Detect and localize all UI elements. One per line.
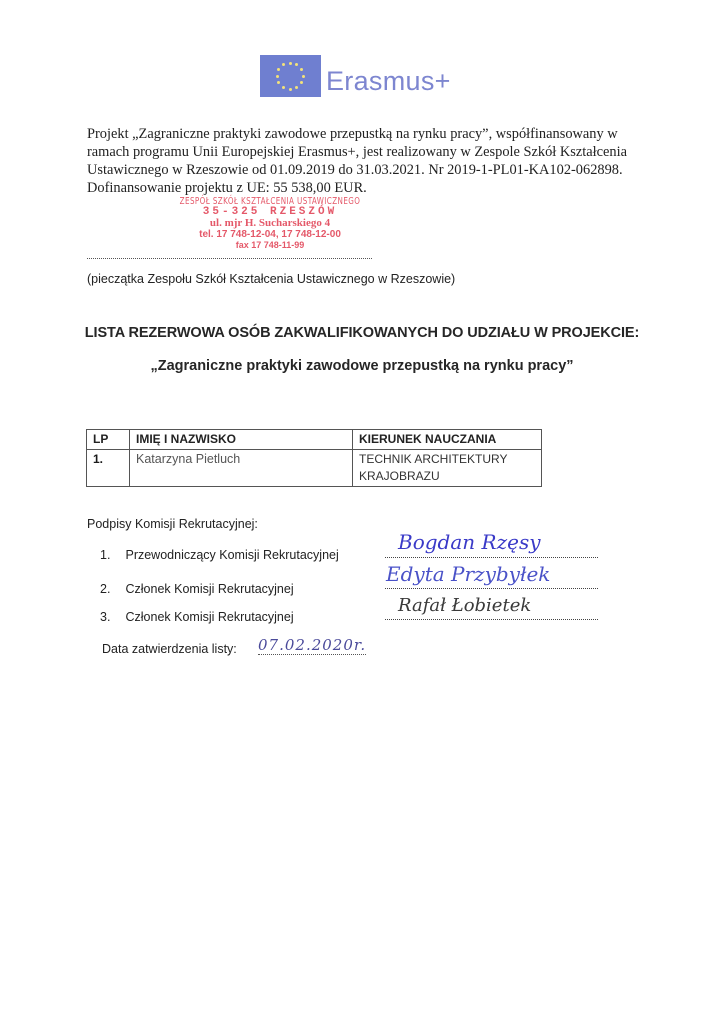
erasmus-logo: Erasmus+ [260,54,451,98]
signature-role-3: 3. Członek Komisji Rekrutacyjnej [100,610,294,624]
table-header-row: LP IMIĘ I NAZWISKO KIERUNEK NAUCZANIA [87,430,542,450]
handwritten-signature-3: Rafał Łobietek [398,595,531,616]
cell-lp: 1. [87,450,130,487]
star-icon [295,86,298,89]
document-title: LISTA REZERWOWA OSÓB ZAKWALIFIKOWANYCH D… [0,325,724,341]
cell-name: Katarzyna Pietluch [130,450,353,487]
cell-course: TECHNIK ARCHITEKTURY KRAJOBRAZU [353,450,542,487]
star-icon [295,63,298,66]
role-number: 2. [100,582,122,596]
project-intro: Projekt „Zagraniczne praktyki zawodowe p… [87,125,647,197]
handwritten-signature-1: Bogdan Rzęsy [398,530,541,554]
stamp-line: tel. 17 748-12-04, 17 748-12-00 [150,229,390,240]
header-course: KIERUNEK NAUCZANIA [353,430,542,450]
star-icon [300,68,303,71]
star-icon [276,75,279,78]
approval-date-label: Data zatwierdzenia listy: [102,642,237,656]
stamp-line: ul. mjr H. Sucharskiego 4 [150,218,390,229]
role-label: Członek Komisji Rekrutacyjnej [125,582,293,596]
project-name: „Zagraniczne praktyki zawodowe przepustk… [0,358,724,374]
header-name: IMIĘ I NAZWISKO [130,430,353,450]
course-line: TECHNIK ARCHITEKTURY [359,451,535,468]
handwritten-signature-2: Edyta Przybyłek [386,562,550,586]
header-lp: LP [87,430,130,450]
stamp-dotted-line [87,258,372,259]
signature-role-2: 2. Członek Komisji Rekrutacyjnej [100,582,294,596]
table-row: 1. Katarzyna Pietluch TECHNIK ARCHITEKTU… [87,450,542,487]
intro-line: Ustawicznego w Rzeszowie od 01.09.2019 d… [87,161,647,179]
erasmus-brand: Erasmus+ [326,68,451,95]
stamp-caption: (pieczątka Zespołu Szkół Kształcenia Ust… [87,272,455,286]
signature-line-1 [385,557,598,558]
intro-line: Projekt „Zagraniczne praktyki zawodowe p… [87,125,647,143]
stamp-line: ZESPÓŁ SZKÓŁ KSZTAŁCENIA USTAWICZNEGO [174,196,366,207]
star-icon [300,81,303,84]
star-icon [289,62,292,65]
stamp-line: fax 17 748-11-99 [150,240,390,251]
school-stamp: ZESPÓŁ SZKÓŁ KSZTAŁCENIA USTAWICZNEGO 35… [150,196,390,251]
intro-line: Dofinansowanie projektu z UE: 55 538,00 … [87,179,647,197]
star-icon [282,86,285,89]
signature-role-1: 1. Przewodniczący Komisji Rekrutacyjnej [100,548,339,562]
signatures-title: Podpisy Komisji Rekrutacyjnej: [87,517,258,531]
eu-flag-icon [260,55,321,97]
signature-line-2 [385,588,598,589]
star-icon [289,88,292,91]
star-icon [302,75,305,78]
intro-line: ramach programu Unii Europejskiej Erasmu… [87,143,647,161]
role-label: Członek Komisji Rekrutacyjnej [125,610,293,624]
star-icon [277,81,280,84]
course-line: KRAJOBRAZU [359,468,535,485]
approval-date-value: 07.02.2020r. [258,636,366,655]
star-icon [282,63,285,66]
reserve-list-table: LP IMIĘ I NAZWISKO KIERUNEK NAUCZANIA 1.… [86,429,542,487]
role-number: 3. [100,610,122,624]
role-label: Przewodniczący Komisji Rekrutacyjnej [125,548,338,562]
star-icon [277,68,280,71]
role-number: 1. [100,548,122,562]
signature-line-3 [385,619,598,620]
